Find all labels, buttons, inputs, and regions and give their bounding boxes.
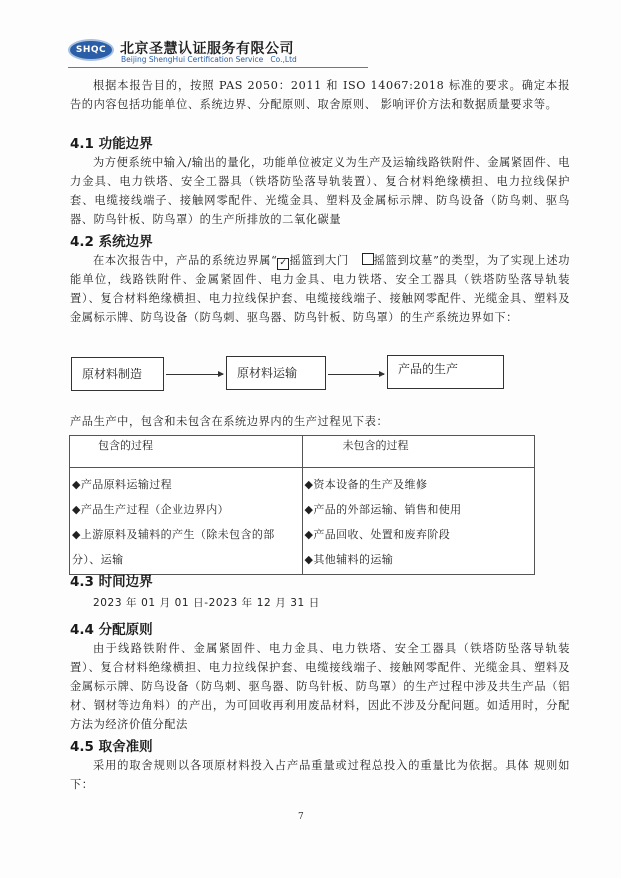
letterhead: SHQC 北京圣慧认证服务有限公司 Beijing ShengHui Certi… <box>68 37 588 67</box>
section-4-4-body: 由于线路铁附件、金属紧固件、电力金具、电力铁塔、安全工器具（铁塔防坠落导轨装置）… <box>70 639 570 734</box>
section-4-2-body: 在本次报告中，产品的系统边界属“✓摇篮到大门 摇篮到坟墓”的类型，为了实现上述功… <box>70 251 570 327</box>
list-item: ◆产品的外部运输、销售和使用 <box>305 497 533 522</box>
list-item: ◆其他辅料的运输 <box>305 547 533 572</box>
header-divider <box>68 67 368 68</box>
process-boundary-table: 包含的过程 未包含的过程 ◆产品原料运输过程 ◆产品生产过程（企业边界内） ◆上… <box>69 435 535 575</box>
page-number: 7 <box>298 812 304 822</box>
section-4-5-body: 采用的取舍规则以各项原材料投入占产品重量或过程总投入的重量比为依据。具体 规则如… <box>70 756 570 794</box>
included-processes-cell: ◆产品原料运输过程 ◆产品生产过程（企业边界内） ◆上游原料及辅料的产生（除未包… <box>70 468 303 575</box>
list-item: ◆产品生产过程（企业边界内） <box>72 497 300 522</box>
list-item: ◆资本设备的生产及维修 <box>305 472 533 497</box>
section-4-1-body: 为方便系统中输入/输出的量化，功能单位被定义为生产及运输线路铁附件、金属紧固件、… <box>70 153 570 229</box>
document-page: SHQC 北京圣慧认证服务有限公司 Beijing ShengHui Certi… <box>0 0 621 878</box>
option-cradle-to-gate: 摇篮到大门 <box>289 254 348 267</box>
section-4-1-title: 4.1 功能边界 <box>70 132 153 152</box>
section-4-5-title: 4.5 取舍准则 <box>70 735 153 755</box>
intro-paragraph: 根据本报告目的，按照 PAS 2050：2011 和 ISO 14067:201… <box>70 76 570 114</box>
company-logo: SHQC <box>68 39 114 61</box>
section-4-2-title: 4.2 系统边界 <box>70 230 153 250</box>
table-row: ◆产品原料运输过程 ◆产品生产过程（企业边界内） ◆上游原料及辅料的产生（除未包… <box>70 468 535 575</box>
table-header-row: 包含的过程 未包含的过程 <box>70 436 535 468</box>
company-name-en: Beijing ShengHui Certification Service C… <box>121 55 297 64</box>
checkbox-cradle-to-grave <box>362 253 374 265</box>
section-4-3-title: 4.3 时间边界 <box>70 570 153 590</box>
flow-step-raw-material-manufacturing: 原材料制造 <box>71 357 164 391</box>
header-excluded: 未包含的过程 <box>302 436 535 468</box>
table-intro: 产品生产中，包含和未包含在系统边界内的生产过程见下表： <box>70 412 570 431</box>
section-4-3-body: 2023 年 01 月 01 日-2023 年 12 月 31 日 <box>70 594 570 613</box>
flow-step-raw-material-transport: 原材料运输 <box>226 356 326 390</box>
header-included: 包含的过程 <box>70 436 303 468</box>
list-item: ◆产品原料运输过程 <box>72 472 300 497</box>
list-item: ◆产品回收、处置和废弃阶段 <box>305 522 533 547</box>
arrow-right-icon <box>166 374 223 375</box>
list-item: ◆上游原料及辅料的产生（除未包含的部分）、运输 <box>72 522 300 572</box>
option-cradle-to-grave: 摇篮到坟墓 <box>374 254 433 267</box>
checkbox-cradle-to-gate: ✓ <box>277 258 289 270</box>
flow-step-product-production: 产品的生产 <box>387 355 504 389</box>
excluded-processes-cell: ◆资本设备的生产及维修 ◆产品的外部运输、销售和使用 ◆产品回收、处置和废弃阶段… <box>302 468 535 575</box>
section-4-4-title: 4.4 分配原则 <box>70 618 153 638</box>
arrow-right-icon <box>328 374 384 375</box>
